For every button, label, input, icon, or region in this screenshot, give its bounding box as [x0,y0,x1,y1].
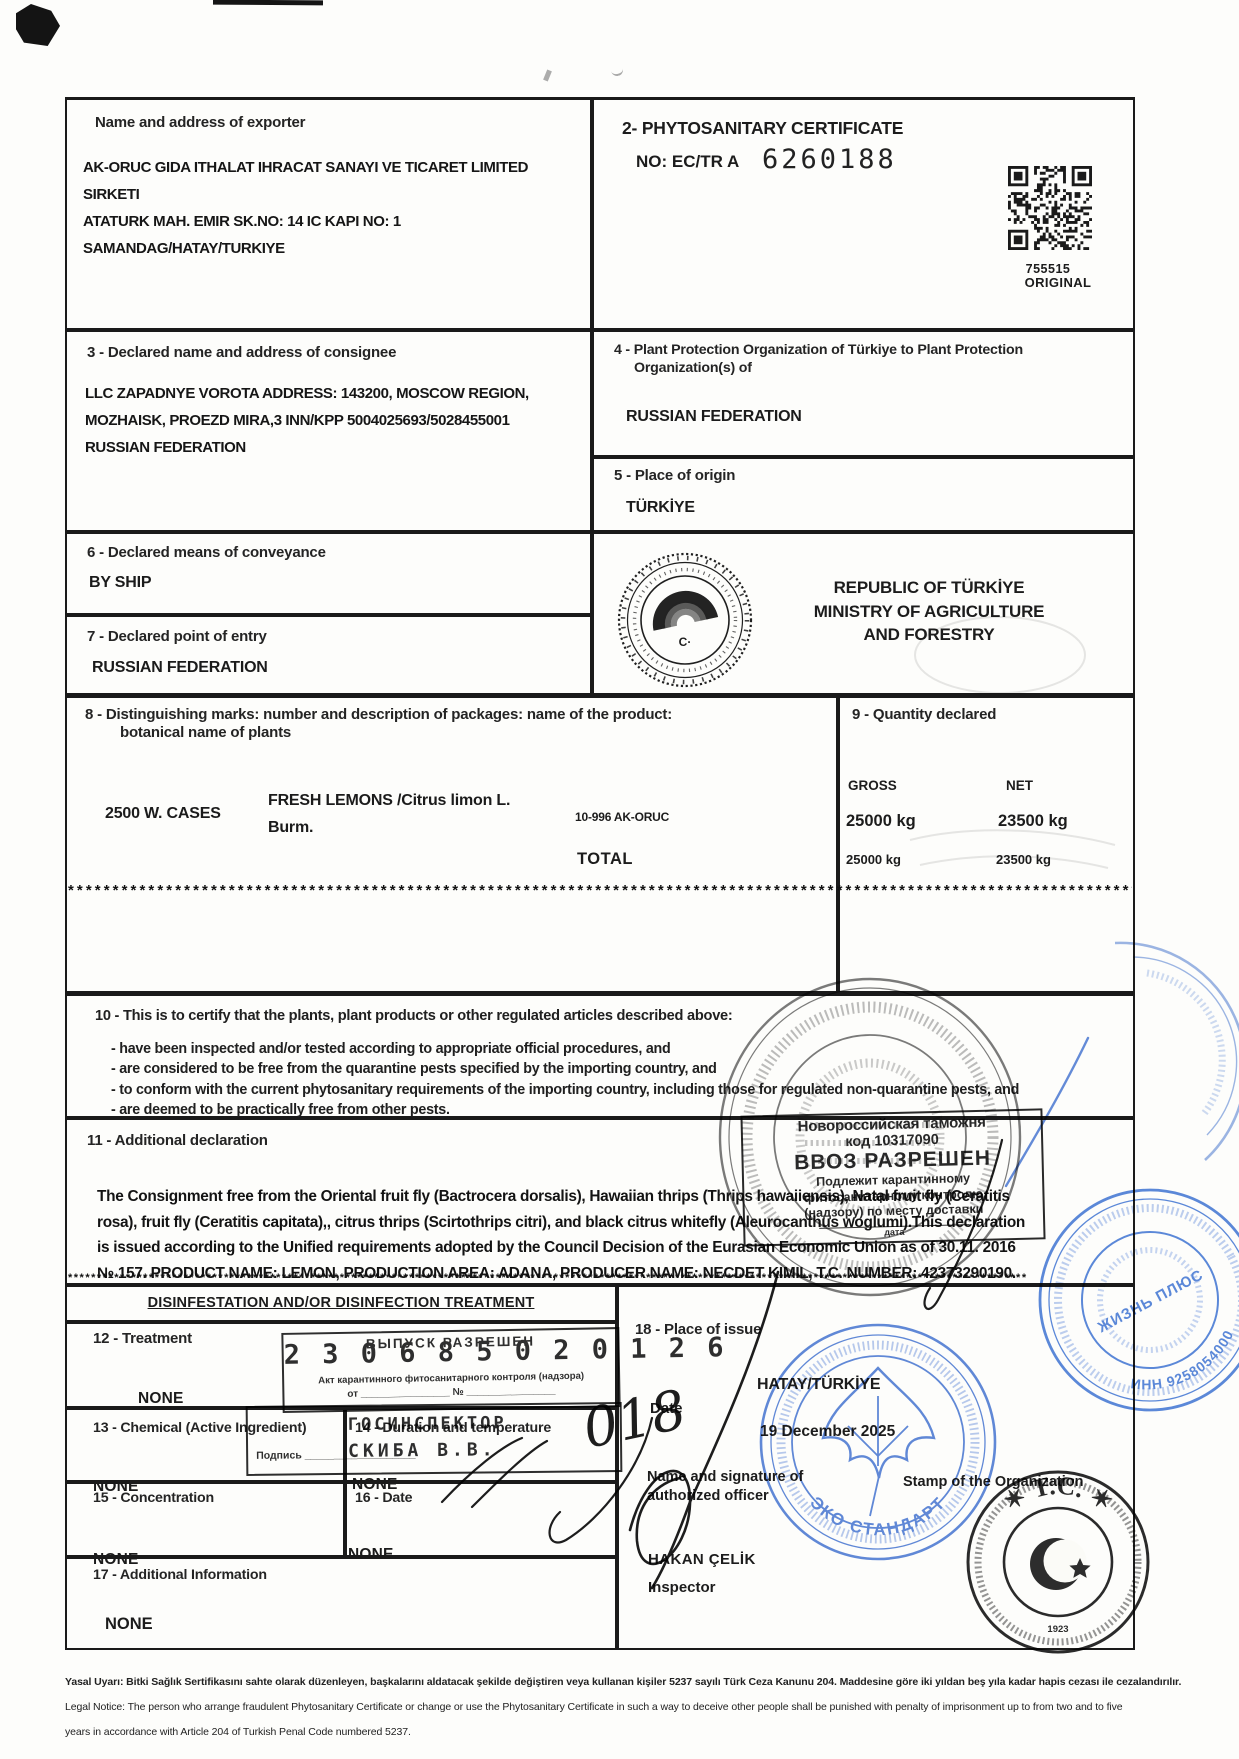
box-goods: 8 - Distinguishing marks: number and des… [65,695,838,993]
treatment-17-value: NONE [105,1615,153,1634]
entry-value: RUSSIAN FEDERATION [92,659,268,677]
origin-value: TÜRKİYE [626,499,695,517]
treatment-15-label: 15 - Concentration [93,1490,214,1506]
conveyance-value: BY SHIP [89,574,151,592]
crescent-star-icon [1030,1538,1091,1590]
certificate-no-label: NO: EC/TR A [636,152,739,172]
scan-artifact-mark [543,69,552,81]
box-15-concentration: 15 - Concentration [65,1482,345,1557]
box-17-additional: 17 - Additional Information NONE [65,1557,617,1650]
qr-code-icon [1008,166,1092,250]
exporter-line: AK-ORUC GIDA ITHALAT IHRACAT SANAYI VE T… [83,154,528,181]
partial-blue-stamp-arcs [1085,935,1239,1195]
ppo-label-1: 4 - Plant Protection Organization of Tür… [614,342,1023,358]
release-stamp-number: 2 3 0 6 8 5 0 2 0 1 2 6 [283,1334,617,1371]
consignee-line: LLC ZAPADNYE VOROTA ADDRESS: 143200, MOS… [85,380,529,407]
consignee-line: RUSSIAN FEDERATION [85,434,529,461]
scan-artifact-mark2 [610,63,624,77]
goods-label-1: 8 - Distinguishing marks: number and des… [85,706,672,723]
scan-artifact-blob [16,4,60,46]
origin-label: 5 - Place of origin [614,467,735,484]
inspector-stamp-title: ГОСИНСПЕКТОР [348,1413,507,1435]
inspector-stamp: ГОСИНСПЕКТОР СКИБА В.В. Подпись ________… [246,1402,623,1476]
goods-product-line2: Burm. [268,819,313,837]
scan-artifact-bar [213,0,323,5]
legal-line-2: Legal Notice: The person who arrange fra… [65,1701,1123,1713]
ppo-label-2: Organization(s) of [634,360,752,376]
treatment-12-label: 12 - Treatment [93,1330,192,1347]
exporter-line: SAMANDAG/HATAY/TURKIYE [83,235,528,262]
declaration-label: 11 - Additional declaration [87,1132,268,1149]
goods-packages: 2500 W. CASES [105,805,221,823]
box-exporter: Name and address of exporter AK-ORUC GID… [65,97,592,330]
ppo-value: RUSSIAN FEDERATION [626,408,802,426]
goods-total-label: TOTAL [577,850,633,869]
box-ppo: 4 - Plant Protection Organization of Tür… [592,330,1135,457]
phytosanitary-certificate-scan: Name and address of exporter AK-ORUC GID… [0,0,1239,1759]
treatment-17-label: 17 - Additional Information [93,1567,267,1583]
certificate-title: 2- PHYTOSANITARY CERTIFICATE [622,118,903,139]
goods-product-line1: FRESH LEMONS /Citrus limon L. [268,792,510,810]
box-conveyance: 6 - Declared means of conveyance BY SHIP [65,532,592,615]
box-certificate-title: 2- PHYTOSANITARY CERTIFICATE NO: EC/TR A… [592,97,1135,330]
faint-stamp-relic [880,600,1140,900]
exporter-line: ATATURK MAH. EMIR SK.NO: 14 IC KAPI NO: … [83,208,528,235]
certify-intro: 10 - This is to certify that the plants,… [95,1006,733,1026]
consignee-label: 3 - Declared name and address of consign… [87,344,396,361]
eco-stamp-text: ЭКО СТАНДАРТ [806,1493,949,1539]
certificate-copy-type: ORIGINAL [1012,275,1104,290]
treatment-header: DISINFESTATION AND/OR DISINFECTION TREAT… [67,1287,615,1311]
exporter-line: SIRKETI [83,181,528,208]
issue-date-label: Date [650,1400,683,1417]
release-stamp: ВЫПУСК РАЗРЕШЕН 2 3 0 6 8 5 0 2 0 1 2 6 … [281,1327,620,1413]
box-consignee: 3 - Declared name and address of consign… [65,330,592,532]
consignee-line: MOZHAISK, PROEZD MIRA,3 INN/KPP 50040256… [85,407,529,434]
exporter-label: Name and address of exporter [95,114,305,131]
officer-title: Inspector [648,1579,716,1596]
goods-mark: 10-996 AK-ORUC [575,810,669,824]
release-stamp-fields: от ________________ № ________________ [284,1384,618,1401]
svg-text:ЭКО СТАНДАРТ: ЭКО СТАНДАРТ [806,1493,949,1539]
inn-stamp-center-text: ЖИЗНЬ ПЛЮС [1094,1266,1206,1336]
ministry-line-1: REPUBLIC OF TÜRKİYE [734,576,1124,600]
entry-label: 7 - Declared point of entry [87,628,267,645]
conveyance-label: 6 - Declared means of conveyance [87,544,326,561]
legal-line-3: years in accordance with Article 204 of … [65,1726,411,1738]
box-treatment-header: DISINFESTATION AND/OR DISINFECTION TREAT… [65,1285,617,1322]
certificate-no-value: 6260188 [762,144,897,175]
inn-blue-stamp: ИНН 9258054000 ЖИЗНЬ ПЛЮС [1030,1180,1239,1420]
legal-line-1: Yasal Uyarı: Bitki Sağlık Sertifikasını … [65,1676,1181,1688]
box-entry: 7 - Declared point of entry RUSSIAN FEDE… [65,615,592,695]
goods-label-2: botanical name of plants [120,724,291,741]
box-origin: 5 - Place of origin TÜRKİYE [592,457,1135,532]
inspector-stamp-sign-label: Подпись ___________________ [256,1448,416,1462]
tc-stamp-arc-text: ✶ T.C. ✶ [998,1471,1119,1517]
officer-name: HAKAN ÇELİK [648,1551,756,1568]
treatment-12-value: NONE [138,1390,184,1408]
tc-stamp-year: 1923 [1047,1624,1068,1635]
customs-entry-stamp: Новороссийская таможня код 10317090 ВВОЗ… [740,1108,1045,1246]
svg-text:✶ T.C. ✶: ✶ T.C. ✶ [998,1471,1119,1517]
tc-ministry-stamp: ✶ T.C. ✶ 1923 [962,1466,1154,1658]
customs-stamp-date-label: дата [819,1224,969,1239]
treatment-16-label: 16 - Date [355,1490,412,1506]
certificate-serial: 755515 [1002,262,1094,276]
seal-letter: C· [679,635,692,649]
